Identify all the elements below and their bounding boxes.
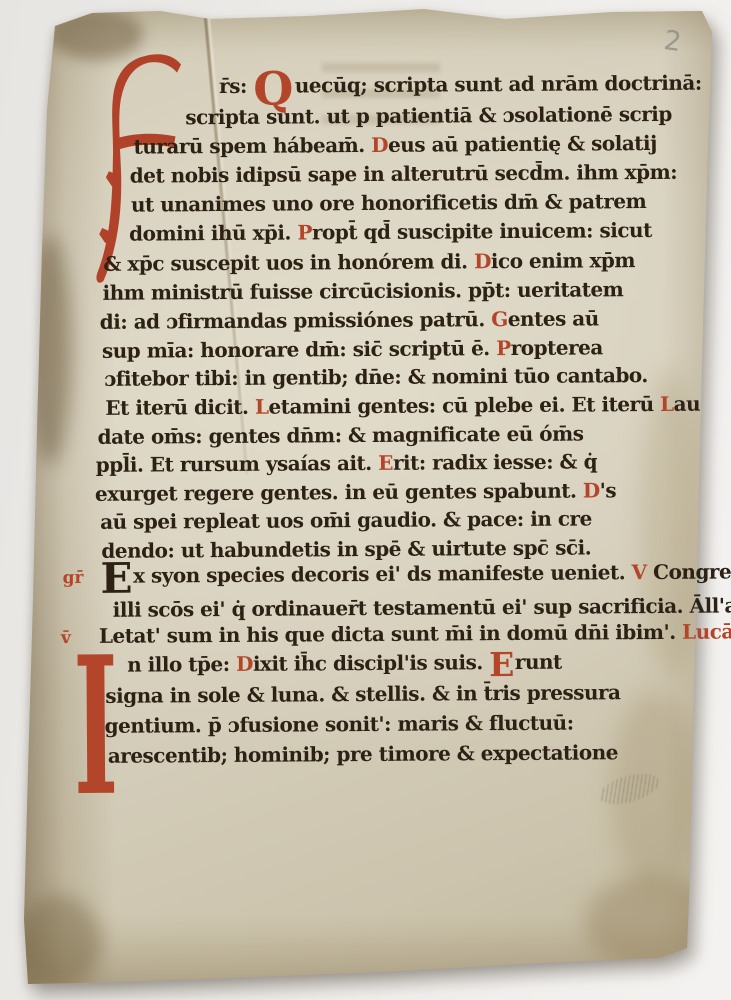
- text-segment: gentium. p̄ ɔfusione sonit': maris & flu…: [104, 711, 573, 738]
- text-segment: au: [674, 392, 701, 416]
- text-line: v̄Letat' sum in his que dicta sunt m̄i i…: [99, 618, 731, 648]
- text-segment: det nobis idipsū sape in alterutrū secd̄…: [130, 160, 677, 188]
- text-line: det nobis idipsū sape in alterutrū secd̄…: [130, 159, 678, 189]
- text-segment: arescentib; hominib; pre timore & expect…: [108, 740, 618, 768]
- text-segment: aū spei repleat uos om̄i gaudio. & pace:…: [100, 506, 592, 533]
- text-segment: ico enim xp̄m: [491, 248, 635, 273]
- margin-mark: gr̄: [62, 565, 83, 591]
- text-segment: ihm ministrū fuisse circūcisionis. pp̄t:…: [102, 277, 623, 305]
- text-segment: 's: [600, 478, 617, 502]
- text-segment: Congregate: [647, 559, 731, 584]
- text-segment: ppl̄i. Et rursum ysaías ait.: [96, 451, 379, 477]
- text-line: scripta sunt. ut p patientiā & ɔsolation…: [185, 101, 672, 130]
- text-segment: illi scōs ei' q̇ ordinauer̄t testamentū …: [113, 593, 731, 621]
- text-segment: ropterea: [511, 335, 603, 360]
- text-segment: D: [371, 133, 388, 157]
- text-segment: E: [378, 451, 393, 475]
- text-segment: & xp̄c suscepit uos in honórem di.: [103, 249, 474, 276]
- text-segment: etat' sum in his que dicta sunt m̄i in d…: [112, 620, 682, 648]
- text-line: n illo tp̄e: Dixit ih̄c discipl'is suis.…: [127, 649, 562, 678]
- text-segment: rit: radix iesse: & q̇: [393, 449, 597, 474]
- text-segment: E: [489, 645, 514, 684]
- text-segment: D: [236, 652, 253, 676]
- text-line: ihm ministrū fuisse circūcisionis. pp̄t:…: [102, 276, 623, 306]
- text-segment: L: [660, 392, 674, 416]
- text-segment: uecūq; scripta sunt ad nrām doctrinā:: [295, 71, 702, 98]
- text-segment: scripta sunt. ut p patientiā & ɔsolation…: [185, 102, 672, 129]
- text-line: sup mīa: honorare dm̄: sic̄ scriptū ē. P…: [102, 334, 603, 363]
- text-line: gr̄Ex syon species decoris ei' ds manife…: [100, 558, 731, 589]
- text-segment: D: [474, 249, 491, 273]
- text-segment: V: [632, 560, 647, 584]
- text-segment: P: [496, 336, 511, 360]
- text-segment: dendo: ut habundetis in spē & uirtute sp…: [101, 535, 591, 562]
- text-segment: turarū spem hábeam̄.: [133, 133, 371, 159]
- text-line: ppl̄i. Et rursum ysaías ait. Erit: radix…: [96, 448, 597, 477]
- margin-mark: v̄: [61, 625, 71, 651]
- text-line: gentium. p̄ ɔfusione sonit': maris & flu…: [104, 710, 573, 739]
- text-segment: n illo tp̄e:: [127, 652, 236, 677]
- text-segment: L: [255, 395, 269, 419]
- text-segment: E: [100, 554, 132, 603]
- text-line: & xp̄c suscepit uos in honórem di. Dico …: [103, 247, 635, 277]
- text-segment: L: [99, 624, 113, 648]
- text-segment: G: [491, 307, 508, 331]
- text-segment: ropt̄ qd̄ suscipite inuicem: sicut: [312, 218, 652, 244]
- text-segment: Et iterū dicit.: [105, 395, 255, 420]
- text-line: ɔfitebor tibi: in gentib; dn̄e: & nomini…: [104, 362, 648, 392]
- text-line: Et iterū dicit. Letamini gentes: cū pleb…: [105, 391, 700, 421]
- text-line: date om̄s: gentes dn̄m: & magnificate eū…: [97, 420, 583, 449]
- text-line: turarū spem hábeam̄. Deus aū patientię &…: [133, 130, 656, 160]
- text-line: di: ad ɔfirmandas pmissiónes patrū. Gent…: [100, 305, 599, 334]
- text-line: domini ihū xp̄i. Propt̄ qd̄ suscipite in…: [129, 217, 652, 247]
- text-line: r̄s: Quecūq; scripta sunt ad nrām doctri…: [219, 70, 702, 99]
- text-segment: P: [297, 220, 312, 244]
- text-segment: ixit ih̄c discipl'is suis.: [253, 650, 489, 676]
- text-segment: Lucā.: [682, 619, 731, 643]
- text-block: I r̄s: Quecūq; scripta sunt ad nrām doct…: [0, 0, 731, 1000]
- text-segment: sup mīa: honorare dm̄: sic̄ scriptū ē.: [102, 336, 496, 363]
- text-segment: D: [583, 478, 600, 502]
- text-segment: entes aū: [508, 306, 599, 331]
- text-segment: di: ad ɔfirmandas pmissiónes patrū.: [100, 307, 492, 334]
- text-segment: signa in sole & luna. & stellis. & in t̄…: [105, 680, 620, 708]
- text-segment: r̄s:: [219, 74, 253, 98]
- text-segment: ɔfitebor tibi: in gentib; dn̄e: & nomini…: [104, 363, 648, 391]
- text-line: ut unanimes uno ore honorificetis dm̄ & …: [131, 188, 646, 218]
- text-segment: date om̄s: gentes dn̄m: & magnificate eū…: [97, 421, 583, 448]
- text-segment: etamini gentes: cū plebe ei. Et iterū: [268, 392, 660, 419]
- text-segment: exurget regere gentes. in eū gentes spab…: [95, 478, 583, 505]
- photo-background: I r̄s: Quecūq; scripta sunt ad nrām doct…: [0, 0, 731, 1000]
- text-segment: runt: [515, 650, 562, 674]
- text-segment: x syon species decoris ei' ds manifeste …: [133, 560, 632, 587]
- text-line: aū spei repleat uos om̄i gaudio. & pace:…: [100, 505, 592, 534]
- text-line: arescentib; hominib; pre timore & expect…: [108, 739, 618, 769]
- text-segment: domini ihū xp̄i.: [129, 220, 297, 245]
- text-line: exurget regere gentes. in eū gentes spab…: [95, 477, 616, 507]
- text-segment: eus aū patientię & solatij: [388, 131, 657, 157]
- text-segment: ut unanimes uno ore honorificetis dm̄ & …: [131, 189, 646, 217]
- text-line: signa in sole & luna. & stellis. & in t̄…: [105, 679, 620, 709]
